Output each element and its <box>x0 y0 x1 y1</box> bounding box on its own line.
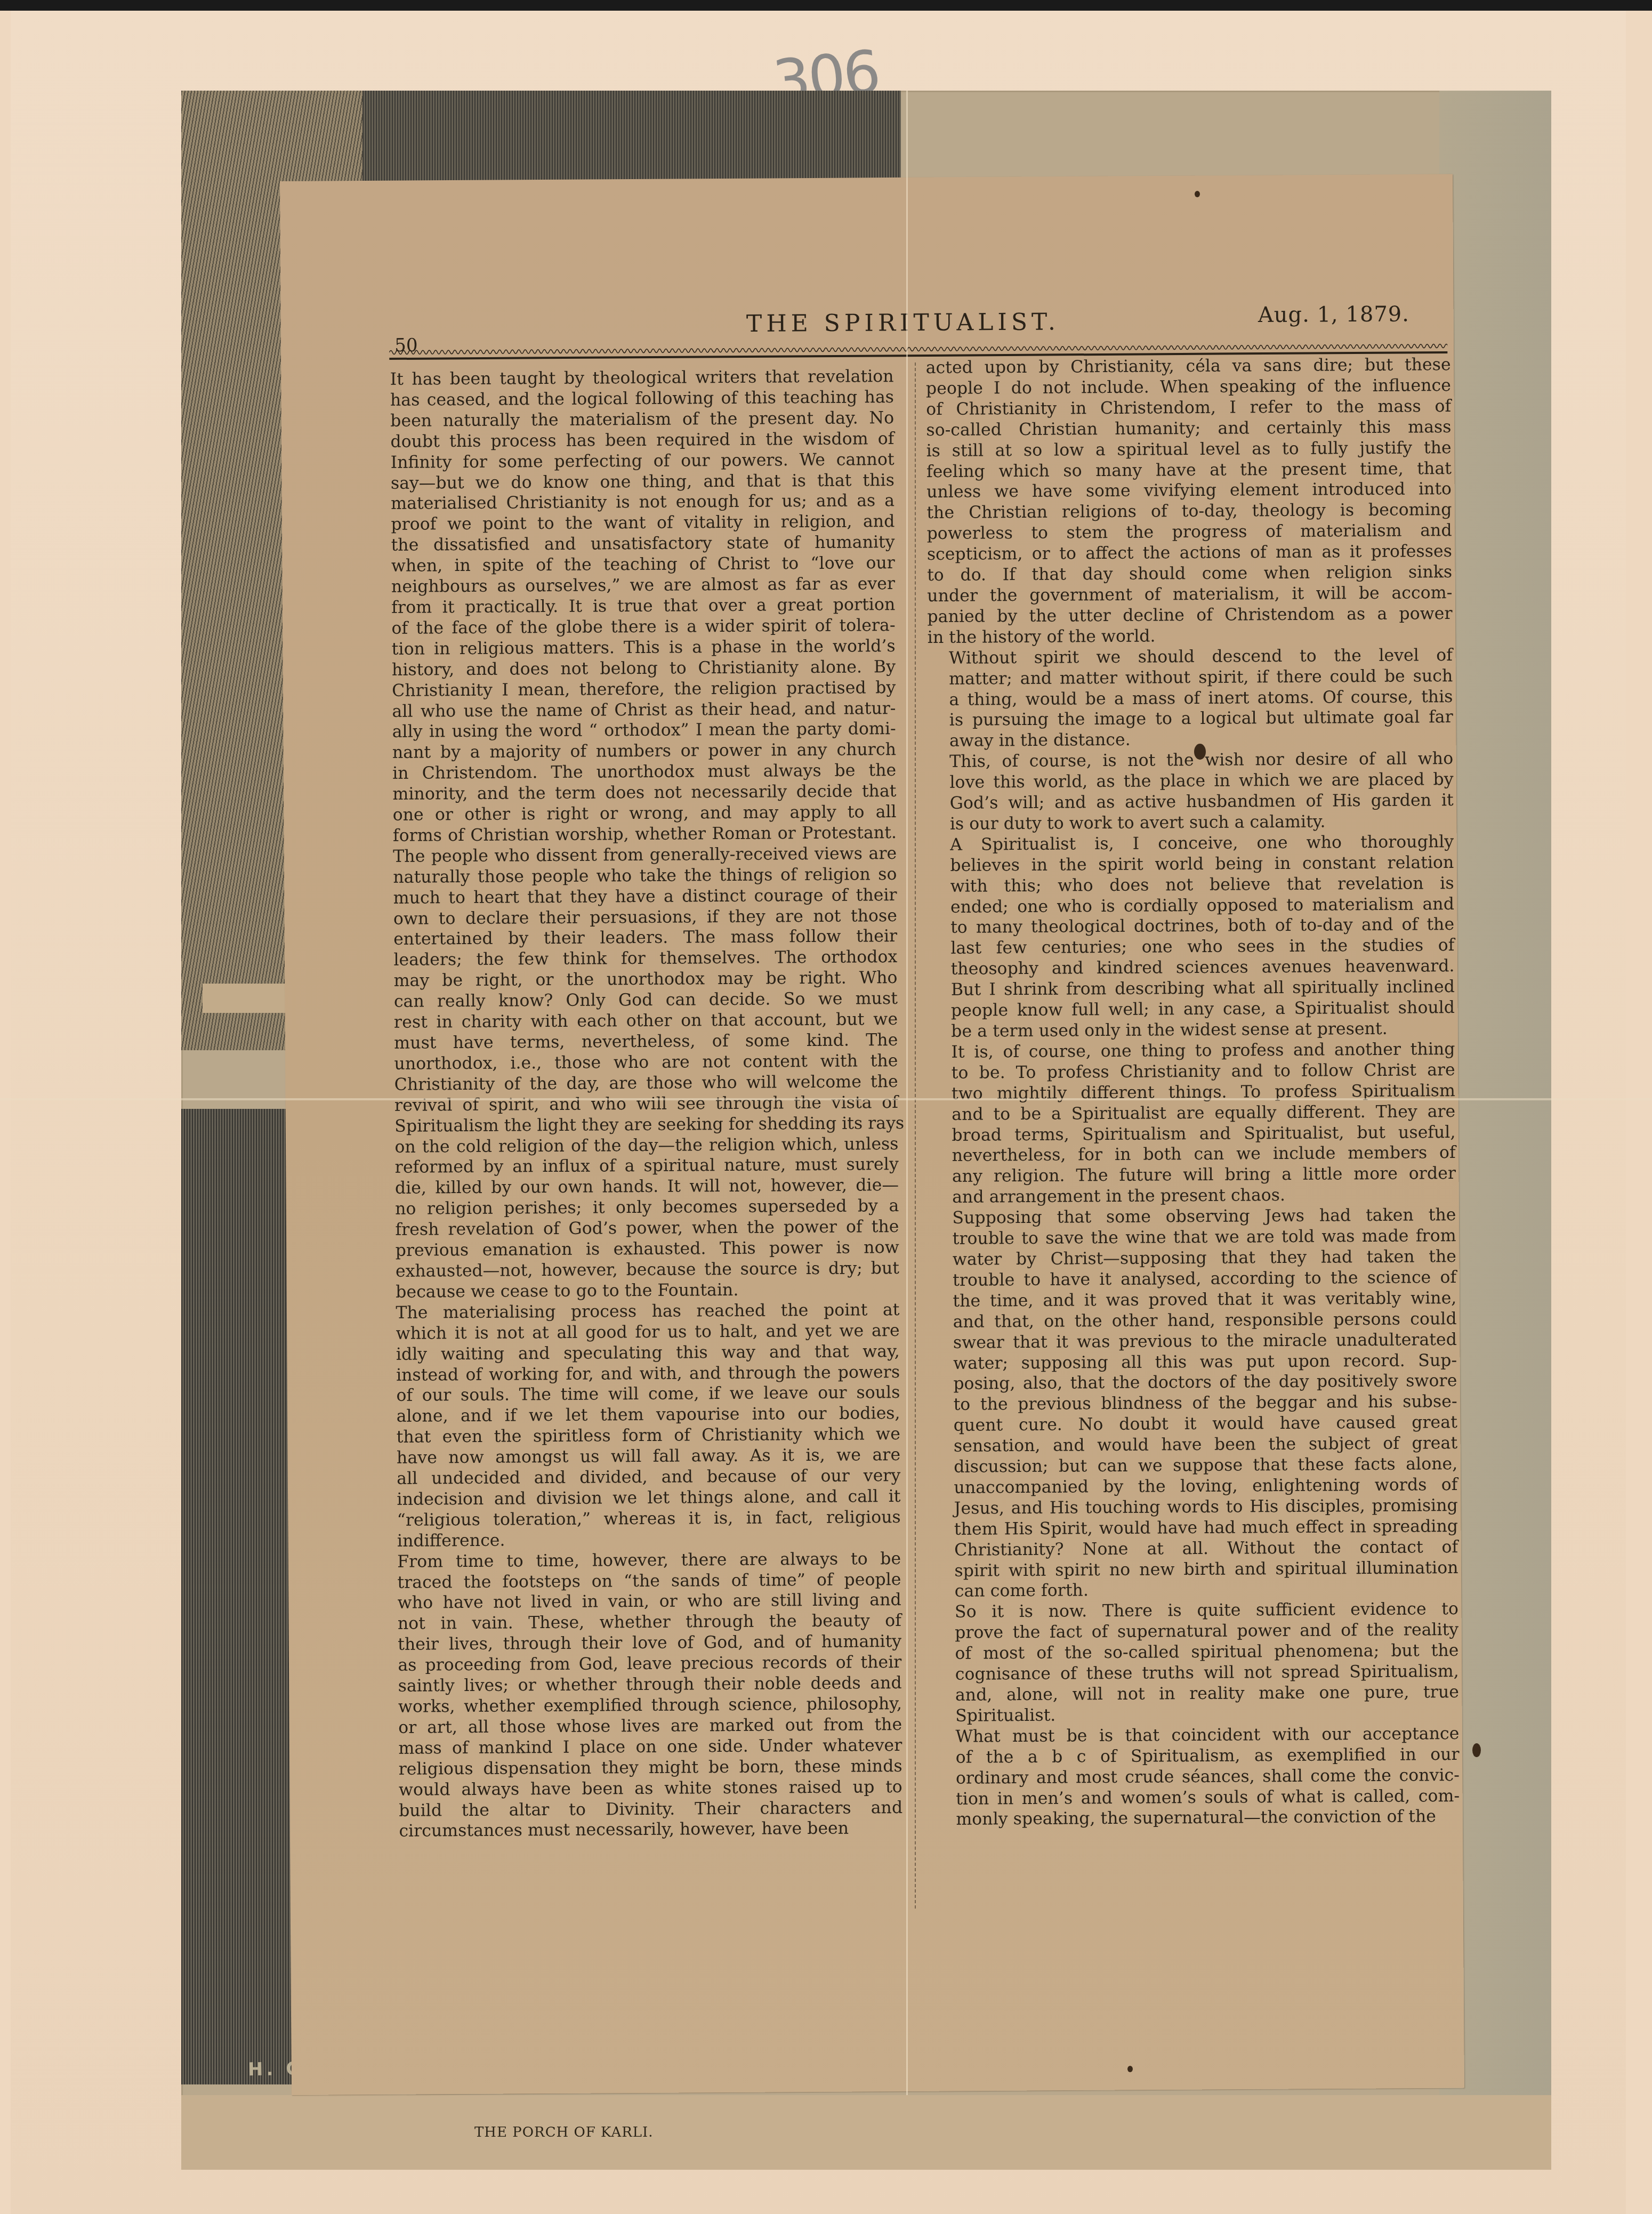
text-line: What must be is that coincident with our… <box>934 1724 1459 1748</box>
text-line: naturally those people who take the thin… <box>372 864 897 888</box>
text-line: in Christendom. The unorthodox must alwa… <box>371 760 896 784</box>
text-line: Jesus, and His touching words to His dis… <box>933 1495 1458 1519</box>
text-line: history, and does not belong to Christia… <box>370 657 896 681</box>
text-line: and, alone, will not in reality make one… <box>934 1682 1459 1706</box>
text-line: The materialising process has reached th… <box>374 1300 899 1324</box>
text-line: with this; who does not believe that rev… <box>929 873 1454 897</box>
text-line: unorthodox, i.e., those who are not cont… <box>373 1051 898 1075</box>
text-line: of the face of the globe there is a wide… <box>370 615 895 639</box>
text-line: broad terms, Spiritualism and Spirituali… <box>930 1122 1455 1146</box>
text-line: theosophy and kindred sciences avenues h… <box>929 956 1454 980</box>
text-line: away in the distance. <box>928 728 1453 752</box>
text-line: Supposing that some observing Jews had t… <box>931 1205 1456 1229</box>
article-paragraph: This, of course, is not the wish nor des… <box>928 748 1454 835</box>
text-line: acted upon by Christianity, céla va sans… <box>926 355 1451 379</box>
text-line: tion in men’s and women’s souls of what … <box>934 1785 1460 1809</box>
article-paragraph: The materialising process has reached th… <box>374 1300 901 1552</box>
text-line: two mightily different things. To profes… <box>930 1081 1455 1105</box>
text-line: monly speaking, the supernatural—the con… <box>934 1806 1460 1830</box>
text-line: must have terms, nevertheless, of some k… <box>373 1030 898 1054</box>
text-line: has ceased, and the logical following of… <box>369 387 894 411</box>
issue-date: Aug. 1, 1879. <box>1258 302 1409 327</box>
text-line: much to heart that they have a distinct … <box>372 885 897 909</box>
text-line: no religion perishes; it only becomes su… <box>374 1196 899 1220</box>
text-line: matter; and matter without spirit, if th… <box>928 666 1453 690</box>
text-line: to do. If that day should come when reli… <box>927 562 1452 586</box>
text-line: unless we have some vivifying element in… <box>926 479 1452 503</box>
publication-title: THE SPIRITUALIST. <box>746 308 1060 337</box>
text-line: and to be a Spiritualist are equally dif… <box>930 1101 1455 1125</box>
text-line: Spiritualism the light they are seeking … <box>373 1113 898 1137</box>
text-line: a thing, would be a mass of inert atoms.… <box>928 687 1453 711</box>
text-line: indecision and division we let things al… <box>375 1486 900 1510</box>
text-line: and that, on the other hand, responsible… <box>932 1309 1457 1333</box>
text-line: neighbours as ourselves,” we are almost … <box>370 574 895 598</box>
fold-crease-vertical <box>906 91 908 2095</box>
text-line: previous emanation is exhausted. This po… <box>374 1237 899 1261</box>
text-line: works, whether exemplified through scien… <box>377 1694 902 1718</box>
text-line: The people who dissent from generally-re… <box>372 843 897 867</box>
text-line: to the previous blindness of the beggar … <box>932 1391 1457 1415</box>
text-line: discussion; but can we suppose that thes… <box>932 1454 1457 1478</box>
text-line: panied by the utter decline of Christend… <box>927 603 1452 627</box>
text-line: exhausted—not, however, because the sour… <box>374 1258 899 1282</box>
text-line: religious dispensation they might be bor… <box>377 1756 902 1780</box>
text-line: may be right, or the unorthodox may be r… <box>372 968 897 992</box>
text-line: ally in using the word “ orthodox” I mea… <box>371 719 896 743</box>
text-line: entertained by their leaders. The mass f… <box>372 926 897 950</box>
text-line: be a term used only in the widest sense … <box>930 1018 1455 1042</box>
text-line: and arrangement in the present chaos. <box>931 1184 1456 1208</box>
text-line: cognisance of these truths will not spre… <box>934 1661 1459 1685</box>
text-line: materialised Christianity is not enough … <box>369 490 895 514</box>
text-line: reformed by an influx of a spiritual nat… <box>374 1154 899 1178</box>
text-line: unaccompanied by the loving, enlightenin… <box>932 1475 1457 1499</box>
text-line: of Christianity in Christendom, I refer … <box>926 396 1451 420</box>
text-line: or art, all those whose lives are marked… <box>377 1714 902 1738</box>
text-line: which it is not at all good for us to ha… <box>375 1321 900 1344</box>
text-line: Without spirit we should descend to the … <box>928 645 1453 669</box>
text-line: quent cure. No doubt it would have cause… <box>932 1412 1457 1436</box>
text-line: Christianity? None at all. Without the c… <box>933 1537 1458 1561</box>
article-paragraph: So it is now. There is quite sufficient … <box>933 1599 1459 1726</box>
article-paragraph: A Spiritualist is, I conceive, one who t… <box>929 832 1455 1042</box>
text-line: trouble to have it analysed, according t… <box>931 1267 1456 1291</box>
text-line: people I do not include. When speaking o… <box>926 375 1451 399</box>
text-line: love this world, as the place in which w… <box>928 769 1453 793</box>
text-line: Spiritualist. <box>934 1703 1459 1727</box>
right-column: acted upon by Christianity, céla va sans… <box>926 355 1460 1830</box>
text-line: die, killed by our own hands. It will no… <box>374 1175 899 1199</box>
text-line: because we cease to go to the Fountain. <box>374 1279 899 1303</box>
text-line: believes in the spirit world being in co… <box>929 852 1454 876</box>
text-line: sensation, and would have been the subje… <box>932 1433 1457 1457</box>
text-line: is still at so low a spiritual level as … <box>926 438 1452 462</box>
text-line: Christianity of the day, are those who w… <box>373 1072 898 1096</box>
text-line: who have not lived in vain, or who are s… <box>376 1590 901 1614</box>
text-line: of our souls. The time will come, if we … <box>375 1382 900 1406</box>
text-line: water by Christ—supposing that they had … <box>931 1246 1456 1270</box>
foxing-spot <box>1194 744 1206 760</box>
text-line: under the government of materialism, it … <box>927 583 1452 607</box>
text-line: rest in charity with each other on that … <box>373 1009 898 1033</box>
foxing-spot <box>1195 191 1200 197</box>
text-line: is pursuing the image to a logical but u… <box>928 707 1453 731</box>
text-line: on the cold religion of the day—the reli… <box>373 1134 898 1158</box>
text-line: circumstances must necessarily, however,… <box>377 1818 902 1842</box>
text-line: “religious toleration,” whereas it is, i… <box>376 1507 901 1531</box>
foxing-spot <box>1127 2066 1133 2072</box>
text-line: traced the footsteps on “the sands of ti… <box>376 1569 901 1593</box>
text-line: indifference. <box>376 1528 901 1552</box>
text-line: A Spiritualist is, I conceive, one who t… <box>929 832 1454 856</box>
article-paragraph: From time to time, however, there are al… <box>376 1549 902 1842</box>
text-line: forms of Christian worship, whether Roma… <box>372 823 897 847</box>
text-line: Infinity for some perfecting of our powe… <box>369 449 895 473</box>
fold-crease-horizontal <box>0 1098 1652 1100</box>
text-line: prove the fact of supernatural power and… <box>933 1620 1458 1644</box>
text-line: when, in spite of the teaching of Christ… <box>370 553 895 577</box>
text-line: in the history of the world. <box>928 624 1453 648</box>
text-line: It is, of course, one thing to profess a… <box>930 1039 1455 1063</box>
text-line: them His Spirit, would have had much eff… <box>933 1516 1458 1540</box>
text-line: saintly lives; or whether through their … <box>377 1673 902 1697</box>
text-line: can come forth. <box>933 1578 1458 1602</box>
text-line: can really know? Only God can decide. So… <box>373 988 898 1012</box>
article-paragraph: acted upon by Christianity, céla va sans… <box>926 355 1453 648</box>
text-line: powerless to stem the progress of materi… <box>926 520 1452 544</box>
text-line: to be. To profess Christianity and to fo… <box>930 1060 1455 1084</box>
foxing-spot <box>1472 1743 1481 1757</box>
text-line: been naturally the materialism of the pr… <box>369 408 894 432</box>
text-line: tion in religious matters. This is a pha… <box>370 636 896 660</box>
text-line: idly waiting and speculating this way an… <box>375 1341 900 1365</box>
text-line: their lives, through their love of God, … <box>376 1631 901 1655</box>
text-line: mass of mankind I place on one side. Und… <box>377 1735 902 1759</box>
text-line: nant by a majority of numbers or power i… <box>371 739 896 763</box>
text-line: leaders; the few think for themselves. T… <box>372 947 897 971</box>
scanner-edge-shadow <box>0 0 1652 11</box>
text-line: people know full well; in any case, a Sp… <box>930 997 1455 1021</box>
article-paragraph: Supposing that some observing Jews had t… <box>931 1205 1458 1602</box>
text-line: God’s will; and as active husbandmen of … <box>929 790 1454 814</box>
text-line: of most of the so-called spiritual pheno… <box>933 1640 1458 1664</box>
text-line: of the a b c of Spiritualism, as exempli… <box>934 1744 1459 1768</box>
text-line: scepticism, or to affect the actions of … <box>927 541 1452 565</box>
text-line: posing, also, that the doctors of the da… <box>932 1371 1457 1395</box>
text-line: the time, and it was proved that it was … <box>931 1288 1456 1312</box>
text-line: is our duty to work to avert such a cala… <box>929 811 1454 835</box>
text-line: from it practically. It is true that ove… <box>370 594 895 618</box>
text-line: last few centuries; one who sees in the … <box>929 935 1454 959</box>
text-line: ordinary and most crude séances, shall c… <box>934 1765 1460 1789</box>
left-column: It has been taught by theological writer… <box>369 366 903 1842</box>
text-line: would always have been as white stones r… <box>377 1777 902 1801</box>
caption-band <box>181 2095 1551 2170</box>
text-line: This, of course, is not the wish nor des… <box>928 748 1453 772</box>
text-line: the Christian religions of to-day, theol… <box>926 500 1452 524</box>
text-line: alone, and if we let them vapourise into… <box>375 1403 900 1427</box>
text-line: instead of working for, and with, and th… <box>375 1362 900 1386</box>
text-line: not in vain. These, whether through the … <box>376 1611 901 1635</box>
text-line: any religion. The future will bring a li… <box>931 1163 1456 1187</box>
text-line: so-called Christian humanity; and certai… <box>926 417 1451 441</box>
text-line: spirit with spirit no new birth and spir… <box>933 1558 1458 1582</box>
column-divider <box>915 363 916 1909</box>
text-line: to many theological doctrines, both of t… <box>929 914 1454 938</box>
text-line: build the altar to Divinity. Their chara… <box>377 1797 902 1821</box>
text-line: nevertheless, for in both can we include… <box>931 1142 1456 1166</box>
engraving-title: THE PORCH OF KARLI. <box>474 2124 654 2140</box>
text-line: that even the spiritless form of Christi… <box>375 1424 900 1448</box>
text-line: own to declare their persuasions, if the… <box>372 906 897 930</box>
article-paragraph: What must be is that coincident with our… <box>934 1724 1460 1831</box>
text-line: water; supposing all this was put upon r… <box>932 1350 1457 1374</box>
text-line: swear that it was previous to the miracl… <box>932 1330 1457 1354</box>
text-line: trouble to save the wine that we are tol… <box>931 1226 1456 1250</box>
text-line: But I shrink from describing what all sp… <box>930 977 1455 1001</box>
text-line: fresh revelation of God’s power, when th… <box>374 1217 899 1241</box>
text-line: Christianity I mean, therefore, the reli… <box>370 678 896 702</box>
article-paragraph: It is, of course, one thing to profess a… <box>930 1039 1456 1208</box>
masthead: 50 THE SPIRITUALIST. Aug. 1, 1879. <box>373 295 1466 361</box>
text-line: It has been taught by theological writer… <box>369 366 894 390</box>
text-line: ended; one who is cordially opposed to m… <box>929 894 1454 918</box>
text-line: From time to time, however, there are al… <box>376 1549 901 1573</box>
text-line: the dissatisfied and unsatisfactory stat… <box>369 532 895 556</box>
text-line: feeling which so many have at the presen… <box>926 458 1452 482</box>
text-line: say—but we do know one thing, and that i… <box>369 470 895 494</box>
article-paragraph: It has been taught by theological writer… <box>369 366 900 1303</box>
text-line: proof we point to the want of vitality i… <box>369 511 895 535</box>
text-line: have now amongst us will fall away. As i… <box>375 1445 900 1469</box>
text-line: as proceeding from God, leave precious r… <box>376 1652 901 1676</box>
text-line: minority, and the term does not necessar… <box>371 781 896 805</box>
article-paragraph: Without spirit we should descend to the … <box>928 645 1453 752</box>
text-line: all who use the name of Christ as their … <box>370 698 896 722</box>
text-line: one or other is right or wrong, and may … <box>372 802 897 826</box>
text-line: doubt this process has been required in … <box>369 429 894 453</box>
text-line: revival of spirit, and who will see thro… <box>373 1092 898 1116</box>
text-line: So it is now. There is quite sufficient … <box>933 1599 1458 1623</box>
text-line: all undecided and divided, and because o… <box>375 1466 900 1490</box>
